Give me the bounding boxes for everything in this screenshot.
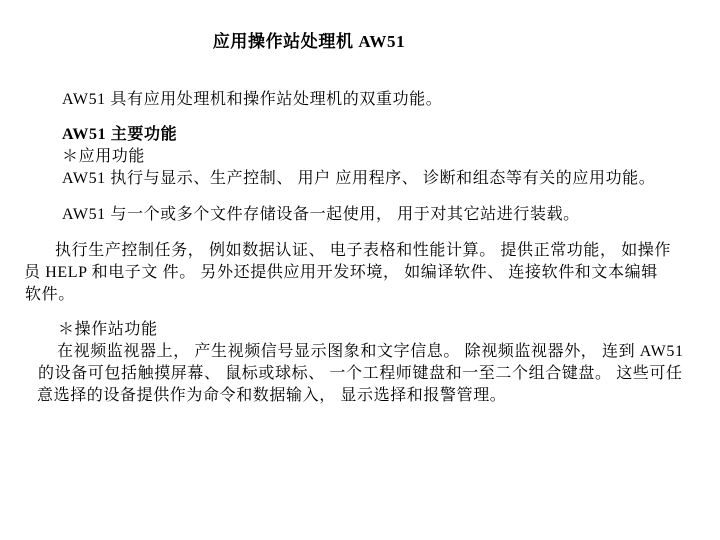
text-line: AW51 执行与显示、生产控制、 用户 应用程序、 诊断和组态等有关的应用功能。 <box>62 168 655 190</box>
document-page: 应用操作站处理机 AW51 AW51 具有应用处理机和操作站处理机的双重功能。 … <box>0 0 720 540</box>
text-line: 的设备可包括触摸屏幕、 鼠标或球标、 一个工程师键盘和一至二个组合键盘。 这些可… <box>38 363 683 385</box>
bullet-line: ＊应用功能 <box>62 146 145 168</box>
bullet-line: ＊操作站功能 <box>58 319 158 341</box>
text-line: 执行生产控制任务， 例如数据认证、 电子表格和性能计算。 提供正常功能， 如操作 <box>55 240 671 262</box>
text-line: 软件。 <box>25 284 75 306</box>
text-line: 意选择的设备提供作为命令和数据输入， 显示选择和报警管理。 <box>37 385 506 407</box>
text-line: 员 HELP 和电子文 件。 另外还提供应用开发环境， 如编译软件、 连接软件和… <box>24 262 658 284</box>
text-line: 在视频监视器上， 产生视频信号显示图象和文字信息。 除视频监视器外， 连到 AW… <box>57 341 684 363</box>
text-line: AW51 与一个或多个文件存储设备一起使用， 用于对其它站进行装载。 <box>62 204 580 226</box>
page-title: 应用操作站处理机 AW51 <box>0 30 618 54</box>
section-heading: AW51 主要功能 <box>62 124 177 146</box>
text-line: AW51 具有应用处理机和操作站处理机的双重功能。 <box>62 89 442 111</box>
